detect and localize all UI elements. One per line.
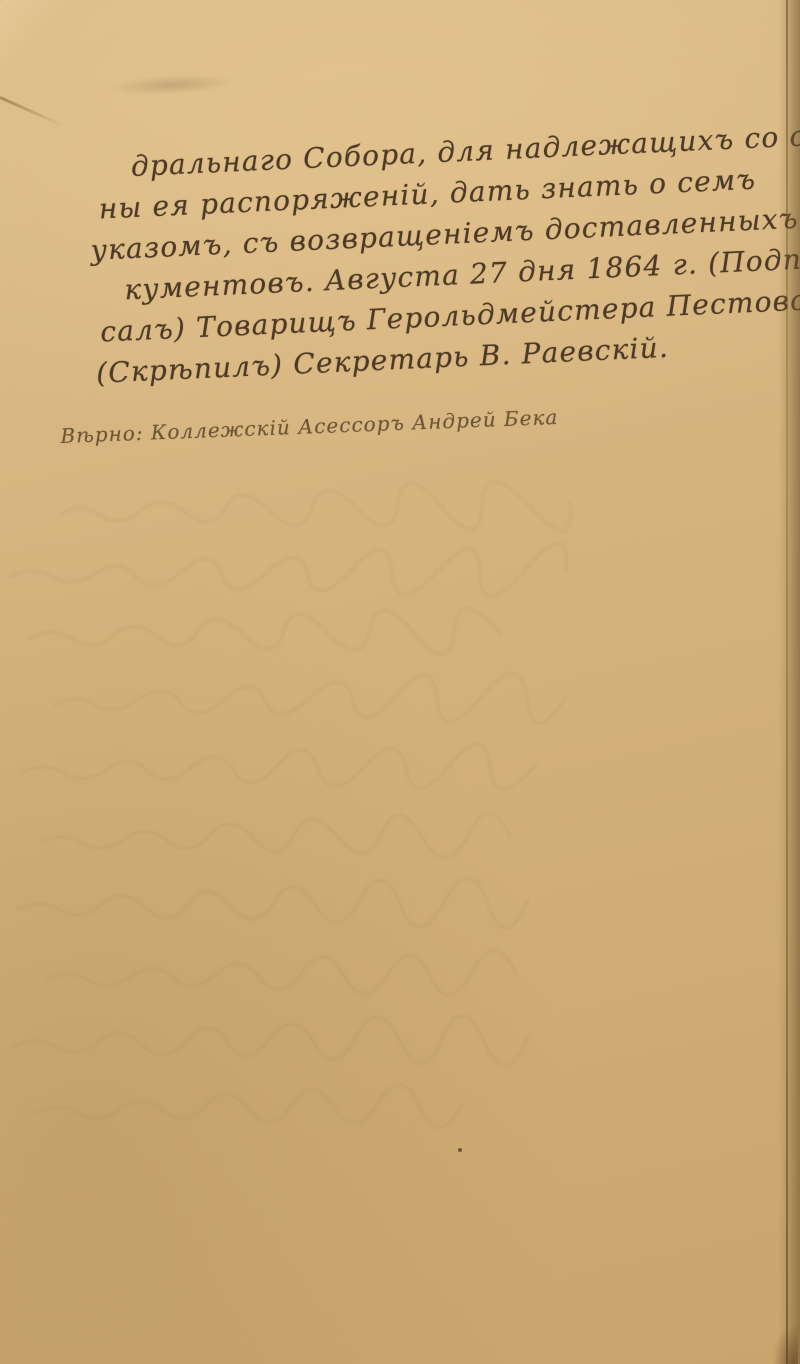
- corner-fold-crease: [0, 96, 65, 127]
- binding-corner-shadow: [772, 1324, 798, 1364]
- certification-line: Вѣрно: Коллежскій Асессоръ Андрей Бека: [60, 401, 660, 448]
- ink-speck: [458, 1148, 462, 1152]
- page-binding-edge: [778, 0, 800, 1364]
- manuscript-text-block: дральнаго Собора, для надлежащихъ со сто…: [86, 116, 800, 394]
- ink-bleedthrough-texture: [0, 455, 790, 1175]
- manuscript-page: дральнаго Собора, для надлежащихъ со сто…: [0, 0, 800, 1364]
- pencil-smudge: [112, 73, 233, 97]
- page-edge-crease: [786, 0, 788, 1364]
